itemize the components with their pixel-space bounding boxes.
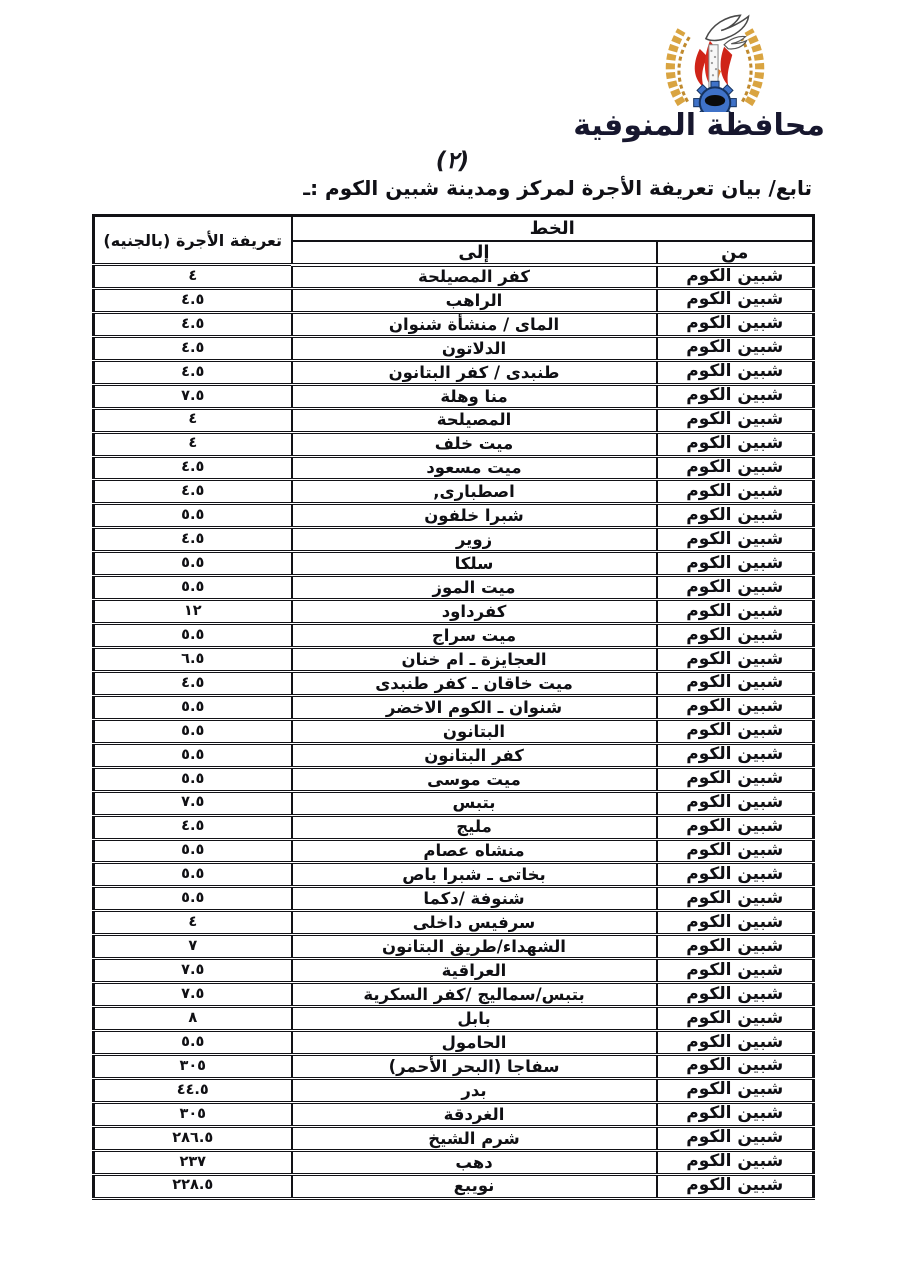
from-cell: شبين الكوم bbox=[657, 528, 814, 552]
table-row: شبين الكوم كفر البتانون ٥.٥ bbox=[94, 743, 814, 767]
table-row: شبين الكوم شبرا خلفون ٥.٥ bbox=[94, 504, 814, 528]
fare-cell: ٤٤.٥ bbox=[94, 1078, 292, 1102]
to-cell: زوير bbox=[292, 528, 657, 552]
to-cell: كفرداود bbox=[292, 600, 657, 624]
fare-cell: ٤.٥ bbox=[94, 528, 292, 552]
fare-cell: ٢٨٦.٥ bbox=[94, 1126, 292, 1150]
from-cell: شبين الكوم bbox=[657, 767, 814, 791]
fare-cell: ٤.٥ bbox=[94, 456, 292, 480]
page-number: (٢) bbox=[0, 148, 905, 174]
to-cell: دهب bbox=[292, 1150, 657, 1174]
to-cell: العجايزة ـ ام خنان bbox=[292, 648, 657, 672]
fare-cell: ٧.٥ bbox=[94, 384, 292, 408]
to-cell: العراقية bbox=[292, 959, 657, 983]
to-cell: ميت مسعود bbox=[292, 456, 657, 480]
table-row: شبين الكوم الراهب ٤.٥ bbox=[94, 288, 814, 312]
from-cell: شبين الكوم bbox=[657, 815, 814, 839]
fare-cell: ٤ bbox=[94, 265, 292, 289]
to-cell: طنبدى / كفر البتانون bbox=[292, 360, 657, 384]
table-row: شبين الكوم دهب ٢٣٧ bbox=[94, 1150, 814, 1174]
table-row: شبين الكوم بتبس ٧.٥ bbox=[94, 791, 814, 815]
fare-cell: ٧ bbox=[94, 935, 292, 959]
to-cell: بخاتى ـ شبرا باص bbox=[292, 863, 657, 887]
governorate-logo-block: محافظة المنوفية bbox=[605, 10, 825, 143]
fare-cell: ٥.٥ bbox=[94, 504, 292, 528]
to-cell: ميت موسى bbox=[292, 767, 657, 791]
from-cell: شبين الكوم bbox=[657, 432, 814, 456]
fare-table: الخط تعريفة الأجرة (بالجنيه) من إلى شبين… bbox=[92, 214, 815, 1200]
table-row: شبين الكوم كفر المصيلحة ٤ bbox=[94, 265, 814, 289]
table-row: شبين الكوم بخاتى ـ شبرا باص ٥.٥ bbox=[94, 863, 814, 887]
fare-cell: ٥.٥ bbox=[94, 695, 292, 719]
from-cell: شبين الكوم bbox=[657, 791, 814, 815]
from-column-header: من bbox=[657, 241, 814, 265]
to-cell: الماى / منشأة شنوان bbox=[292, 312, 657, 336]
from-cell: شبين الكوم bbox=[657, 552, 814, 576]
fare-cell: ٤ bbox=[94, 408, 292, 432]
table-row: شبين الكوم نويبع ٢٢٨.٥ bbox=[94, 1174, 814, 1198]
table-row: شبين الكوم العجايزة ـ ام خنان ٦.٥ bbox=[94, 648, 814, 672]
fare-cell: ٥.٥ bbox=[94, 1031, 292, 1055]
fare-cell: ٤.٥ bbox=[94, 336, 292, 360]
to-cell: الراهب bbox=[292, 288, 657, 312]
fare-cell: ٤ bbox=[94, 432, 292, 456]
from-cell: شبين الكوم bbox=[657, 1102, 814, 1126]
fare-cell: ٤ bbox=[94, 911, 292, 935]
from-cell: شبين الكوم bbox=[657, 336, 814, 360]
to-cell: ميت سراج bbox=[292, 624, 657, 648]
table-row: شبين الكوم ميت سراج ٥.٥ bbox=[94, 624, 814, 648]
from-cell: شبين الكوم bbox=[657, 384, 814, 408]
fare-cell: ٥.٥ bbox=[94, 887, 292, 911]
to-cell: شبرا خلفون bbox=[292, 504, 657, 528]
to-cell: شرم الشيخ bbox=[292, 1126, 657, 1150]
to-cell: شنوان ـ الكوم الاخضر bbox=[292, 695, 657, 719]
fare-cell: ٥.٥ bbox=[94, 767, 292, 791]
from-cell: شبين الكوم bbox=[657, 600, 814, 624]
from-cell: شبين الكوم bbox=[657, 983, 814, 1007]
table-row: شبين الكوم بابل ٨ bbox=[94, 1007, 814, 1031]
to-cell: ميت الموز bbox=[292, 576, 657, 600]
fare-cell: ٥.٥ bbox=[94, 743, 292, 767]
table-row: شبين الكوم ميت خاقان ـ كفر طنبدى ٤.٥ bbox=[94, 671, 814, 695]
from-cell: شبين الكوم bbox=[657, 360, 814, 384]
table-row: شبين الكوم كفرداود ١٢ bbox=[94, 600, 814, 624]
to-cell: المصيلحة bbox=[292, 408, 657, 432]
from-cell: شبين الكوم bbox=[657, 743, 814, 767]
table-row: شبين الكوم الحامول ٥.٥ bbox=[94, 1031, 814, 1055]
from-cell: شبين الكوم bbox=[657, 863, 814, 887]
from-cell: شبين الكوم bbox=[657, 935, 814, 959]
from-cell: شبين الكوم bbox=[657, 887, 814, 911]
from-cell: شبين الكوم bbox=[657, 1174, 814, 1198]
to-cell: شنوفة /دكما bbox=[292, 887, 657, 911]
from-cell: شبين الكوم bbox=[657, 1078, 814, 1102]
table-row: شبين الكوم شنوفة /دكما ٥.٥ bbox=[94, 887, 814, 911]
fare-cell: ٥.٥ bbox=[94, 552, 292, 576]
table-row: شبين الكوم شنوان ـ الكوم الاخضر ٥.٥ bbox=[94, 695, 814, 719]
fare-cell: ٥.٥ bbox=[94, 719, 292, 743]
to-cell: نويبع bbox=[292, 1174, 657, 1198]
fare-cell: ٤.٥ bbox=[94, 288, 292, 312]
fare-cell: ٤.٥ bbox=[94, 480, 292, 504]
table-row: شبين الكوم ميت موسى ٥.٥ bbox=[94, 767, 814, 791]
fare-cell: ٢٣٧ bbox=[94, 1150, 292, 1174]
to-cell: كفر المصيلحة bbox=[292, 265, 657, 289]
fare-cell: ٤.٥ bbox=[94, 312, 292, 336]
fare-cell: ٥.٥ bbox=[94, 624, 292, 648]
fare-cell: ٣٠٥ bbox=[94, 1054, 292, 1078]
table-row: شبين الكوم منا وهلة ٧.٥ bbox=[94, 384, 814, 408]
fare-cell: ٤.٥ bbox=[94, 671, 292, 695]
to-cell: سرفيس داخلى bbox=[292, 911, 657, 935]
fare-cell: ٦.٥ bbox=[94, 648, 292, 672]
to-column-header: إلى bbox=[292, 241, 657, 265]
table-row: شبين الكوم الدلاتون ٤.٥ bbox=[94, 336, 814, 360]
from-cell: شبين الكوم bbox=[657, 959, 814, 983]
from-cell: شبين الكوم bbox=[657, 1054, 814, 1078]
from-cell: شبين الكوم bbox=[657, 456, 814, 480]
table-row: شبين الكوم شرم الشيخ ٢٨٦.٥ bbox=[94, 1126, 814, 1150]
to-cell: منا وهلة bbox=[292, 384, 657, 408]
fare-cell: ٤.٥ bbox=[94, 815, 292, 839]
scanned-document-page: محافظة المنوفية (٢) تابع/ بيان تعريفة ال… bbox=[0, 0, 905, 1280]
table-row: شبين الكوم سرفيس داخلى ٤ bbox=[94, 911, 814, 935]
from-cell: شبين الكوم bbox=[657, 839, 814, 863]
table-row: شبين الكوم البتانون ٥.٥ bbox=[94, 719, 814, 743]
table-row: شبين الكوم بتبس/سماليج /كفر السكرية ٧.٥ bbox=[94, 983, 814, 1007]
fare-cell: ٧.٥ bbox=[94, 983, 292, 1007]
table-row: شبين الكوم اصطبارى, ٤.٥ bbox=[94, 480, 814, 504]
table-row: شبين الكوم منشاه عصام ٥.٥ bbox=[94, 839, 814, 863]
fare-cell: ٧.٥ bbox=[94, 791, 292, 815]
from-cell: شبين الكوم bbox=[657, 648, 814, 672]
fare-cell: ٥.٥ bbox=[94, 839, 292, 863]
to-cell: بتبس bbox=[292, 791, 657, 815]
to-cell: كفر البتانون bbox=[292, 743, 657, 767]
table-row: شبين الكوم زوير ٤.٥ bbox=[94, 528, 814, 552]
to-cell: ميت خلف bbox=[292, 432, 657, 456]
table-row: شبين الكوم العراقية ٧.٥ bbox=[94, 959, 814, 983]
fare-cell: ٥.٥ bbox=[94, 576, 292, 600]
fare-cell: ٣٠٥ bbox=[94, 1102, 292, 1126]
to-cell: الحامول bbox=[292, 1031, 657, 1055]
from-cell: شبين الكوم bbox=[657, 576, 814, 600]
from-cell: شبين الكوم bbox=[657, 1150, 814, 1174]
table-row: شبين الكوم الماى / منشأة شنوان ٤.٥ bbox=[94, 312, 814, 336]
from-cell: شبين الكوم bbox=[657, 1031, 814, 1055]
fare-table-header: الخط تعريفة الأجرة (بالجنيه) من إلى bbox=[94, 216, 814, 265]
table-row: شبين الكوم ميت مسعود ٤.٥ bbox=[94, 456, 814, 480]
to-cell: بتبس/سماليج /كفر السكرية bbox=[292, 983, 657, 1007]
to-cell: الشهداء/طريق البتانون bbox=[292, 935, 657, 959]
fare-table-body: شبين الكوم كفر المصيلحة ٤ شبين الكوم الر… bbox=[94, 265, 814, 1199]
from-cell: شبين الكوم bbox=[657, 288, 814, 312]
to-cell: الغردقة bbox=[292, 1102, 657, 1126]
from-cell: شبين الكوم bbox=[657, 671, 814, 695]
to-cell: بدر bbox=[292, 1078, 657, 1102]
from-cell: شبين الكوم bbox=[657, 1126, 814, 1150]
to-cell: البتانون bbox=[292, 719, 657, 743]
table-row: شبين الكوم سفاجا (البحر الأحمر) ٣٠٥ bbox=[94, 1054, 814, 1078]
table-row: شبين الكوم مليج ٤.٥ bbox=[94, 815, 814, 839]
line-group-header: الخط bbox=[292, 216, 814, 241]
table-row: شبين الكوم طنبدى / كفر البتانون ٤.٥ bbox=[94, 360, 814, 384]
from-cell: شبين الكوم bbox=[657, 624, 814, 648]
table-row: شبين الكوم ميت الموز ٥.٥ bbox=[94, 576, 814, 600]
to-cell: سفاجا (البحر الأحمر) bbox=[292, 1054, 657, 1078]
table-row: شبين الكوم سلكا ٥.٥ bbox=[94, 552, 814, 576]
governorate-name: محافظة المنوفية bbox=[605, 108, 825, 143]
fare-column-header: تعريفة الأجرة (بالجنيه) bbox=[94, 216, 292, 265]
from-cell: شبين الكوم bbox=[657, 1007, 814, 1031]
from-cell: شبين الكوم bbox=[657, 719, 814, 743]
from-cell: شبين الكوم bbox=[657, 408, 814, 432]
fare-cell: ٤.٥ bbox=[94, 360, 292, 384]
menoufia-emblem-icon bbox=[649, 10, 781, 112]
to-cell: ميت خاقان ـ كفر طنبدى bbox=[292, 671, 657, 695]
fare-cell: ٧.٥ bbox=[94, 959, 292, 983]
to-cell: سلكا bbox=[292, 552, 657, 576]
to-cell: بابل bbox=[292, 1007, 657, 1031]
fare-cell: ٨ bbox=[94, 1007, 292, 1031]
table-row: شبين الكوم المصيلحة ٤ bbox=[94, 408, 814, 432]
from-cell: شبين الكوم bbox=[657, 695, 814, 719]
fare-cell: ٥.٥ bbox=[94, 863, 292, 887]
fare-cell: ٢٢٨.٥ bbox=[94, 1174, 292, 1198]
from-cell: شبين الكوم bbox=[657, 911, 814, 935]
table-row: شبين الكوم بدر ٤٤.٥ bbox=[94, 1078, 814, 1102]
from-cell: شبين الكوم bbox=[657, 480, 814, 504]
to-cell: مليج bbox=[292, 815, 657, 839]
from-cell: شبين الكوم bbox=[657, 265, 814, 289]
to-cell: منشاه عصام bbox=[292, 839, 657, 863]
from-cell: شبين الكوم bbox=[657, 312, 814, 336]
to-cell: الدلاتون bbox=[292, 336, 657, 360]
fare-cell: ١٢ bbox=[94, 600, 292, 624]
to-cell: اصطبارى, bbox=[292, 480, 657, 504]
from-cell: شبين الكوم bbox=[657, 504, 814, 528]
table-row: شبين الكوم الغردقة ٣٠٥ bbox=[94, 1102, 814, 1126]
table-row: شبين الكوم ميت خلف ٤ bbox=[94, 432, 814, 456]
table-row: شبين الكوم الشهداء/طريق البتانون ٧ bbox=[94, 935, 814, 959]
document-title: تابع/ بيان تعريفة الأجرة لمركز ومدينة شب… bbox=[303, 176, 812, 200]
